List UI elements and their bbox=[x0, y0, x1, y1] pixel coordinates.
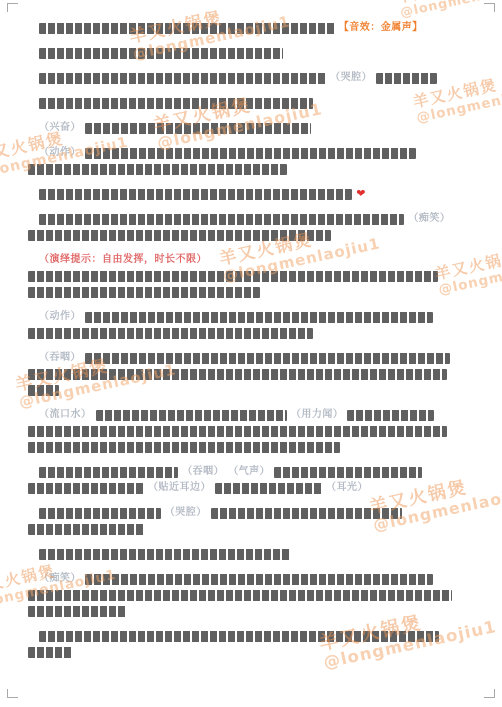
redacted-text bbox=[28, 590, 452, 601]
text-line: 【音效：金属声】 bbox=[28, 20, 474, 36]
paragraph: （吞咽） bbox=[28, 350, 474, 398]
redacted-text bbox=[39, 467, 178, 478]
text-line bbox=[28, 45, 474, 61]
redacted-text bbox=[85, 353, 450, 364]
text-line: （哭腔） bbox=[28, 70, 474, 86]
tone-annotation: （用力闻） bbox=[291, 407, 344, 423]
redacted-text bbox=[85, 574, 433, 585]
redacted-text bbox=[28, 369, 447, 380]
paragraph bbox=[28, 546, 474, 562]
tone-annotation: （动作） bbox=[39, 145, 81, 161]
redacted-text bbox=[28, 426, 447, 437]
redacted-text bbox=[28, 385, 59, 396]
text-line bbox=[28, 366, 474, 382]
tone-annotation: （动作） bbox=[39, 309, 81, 325]
tone-annotation: （哭腔） bbox=[165, 505, 207, 521]
watermark: 羊又火锅煲@longmenlaojiu1 bbox=[396, 0, 502, 20]
corner-mark-top-right bbox=[484, 3, 495, 12]
redacted-text bbox=[39, 73, 326, 84]
tone-annotation: （流口水） bbox=[39, 407, 92, 423]
redacted-text bbox=[39, 214, 404, 225]
redacted-text bbox=[28, 230, 331, 241]
text-line bbox=[28, 284, 474, 300]
watermark-handle: @longmenlaojiu1 bbox=[399, 0, 502, 20]
text-line bbox=[28, 521, 474, 537]
redacted-text bbox=[28, 483, 144, 494]
tone-annotation: （痴笑） bbox=[39, 571, 81, 587]
text-line: （动作） bbox=[28, 145, 474, 161]
paragraph: （流口水）（用力闻） bbox=[28, 407, 474, 455]
redacted-text bbox=[28, 524, 144, 535]
sfx-annotation: 【音效：金属声】 bbox=[339, 20, 423, 36]
paragraph bbox=[28, 95, 474, 111]
text-line: （兴奋） bbox=[28, 120, 474, 136]
text-line bbox=[28, 95, 474, 111]
tone-annotation: （痴笑） bbox=[408, 211, 450, 227]
text-line bbox=[28, 628, 474, 644]
redacted-text bbox=[28, 287, 260, 298]
paragraph: ❤ bbox=[28, 186, 474, 202]
redacted-text bbox=[211, 508, 402, 519]
text-line: （哭腔） bbox=[28, 505, 474, 521]
text-line bbox=[28, 603, 474, 619]
paragraph bbox=[28, 45, 474, 61]
redacted-text bbox=[215, 483, 322, 494]
redacted-text bbox=[39, 98, 313, 109]
paragraph: （痴笑） bbox=[28, 211, 474, 243]
paragraph: （动作） bbox=[28, 309, 474, 341]
tone-annotation: （吞咽） bbox=[39, 350, 81, 366]
redacted-text bbox=[39, 189, 352, 200]
paragraph: （兴奋） bbox=[28, 120, 474, 136]
redacted-text bbox=[39, 508, 161, 519]
redacted-text bbox=[85, 148, 416, 159]
text-line bbox=[28, 644, 474, 660]
redacted-text bbox=[85, 312, 433, 323]
paragraph: （哭腔） bbox=[28, 505, 474, 537]
redacted-text bbox=[274, 467, 422, 478]
redacted-text bbox=[347, 410, 434, 421]
redacted-text bbox=[28, 164, 287, 175]
paragraph bbox=[28, 628, 474, 660]
text-line bbox=[28, 587, 474, 603]
document-page: 【音效：金属声】（哭腔）（兴奋）（动作）❤（痴笑）（演绎提示：自由发挥，时长不限… bbox=[28, 20, 474, 669]
text-line bbox=[28, 439, 474, 455]
text-line: （演绎提示：自由发挥，时长不限） bbox=[28, 252, 474, 268]
text-line bbox=[28, 161, 474, 177]
paragraph: （演绎提示：自由发挥，时长不限） bbox=[28, 252, 474, 300]
text-line bbox=[28, 227, 474, 243]
text-line bbox=[28, 325, 474, 341]
heart-emoji: ❤ bbox=[356, 186, 365, 202]
redacted-text bbox=[28, 328, 313, 339]
text-line bbox=[28, 423, 474, 439]
tone-annotation: （吞咽） bbox=[182, 464, 224, 480]
paragraph: （痴笑） bbox=[28, 571, 474, 619]
tone-annotation: （哭腔） bbox=[330, 70, 372, 86]
redacted-text bbox=[28, 442, 340, 453]
redacted-text bbox=[28, 647, 73, 658]
paragraph: （哭腔） bbox=[28, 70, 474, 86]
text-line bbox=[28, 268, 474, 284]
redacted-text bbox=[39, 631, 439, 642]
corner-mark-bottom-right bbox=[484, 689, 495, 698]
text-line: （贴近耳边）（耳光） bbox=[28, 480, 474, 496]
watermark-brand: 羊又火锅煲 bbox=[396, 0, 502, 7]
text-line: （流口水）（用力闻） bbox=[28, 407, 474, 423]
paragraph: （动作） bbox=[28, 145, 474, 177]
tone-annotation: （气声） bbox=[228, 464, 270, 480]
redacted-text bbox=[28, 606, 126, 617]
text-line: （痴笑） bbox=[28, 571, 474, 587]
redacted-text bbox=[39, 48, 283, 59]
text-line: （痴笑） bbox=[28, 211, 474, 227]
redacted-text bbox=[376, 73, 437, 84]
corner-mark-top-left bbox=[7, 3, 18, 12]
paragraph: 【音效：金属声】 bbox=[28, 20, 474, 36]
tone-annotation: （贴近耳边） bbox=[148, 480, 211, 496]
redacted-text bbox=[28, 271, 438, 282]
redacted-text bbox=[39, 23, 335, 34]
tone-annotation: （兴奋） bbox=[39, 120, 81, 136]
text-line: （动作） bbox=[28, 309, 474, 325]
text-line: （吞咽）（气声） bbox=[28, 464, 474, 480]
redacted-text bbox=[39, 549, 291, 560]
paragraph: （吞咽）（气声）（贴近耳边）（耳光） bbox=[28, 464, 474, 496]
redacted-text bbox=[85, 123, 311, 134]
text-line: ❤ bbox=[28, 186, 474, 202]
text-line: （吞咽） bbox=[28, 350, 474, 366]
corner-mark-bottom-left bbox=[7, 689, 18, 698]
text-line bbox=[28, 382, 474, 398]
text-line bbox=[28, 546, 474, 562]
direction-annotation: （演绎提示：自由发挥，时长不限） bbox=[39, 252, 207, 268]
tone-annotation: （耳光） bbox=[326, 480, 368, 496]
redacted-text bbox=[96, 410, 287, 421]
